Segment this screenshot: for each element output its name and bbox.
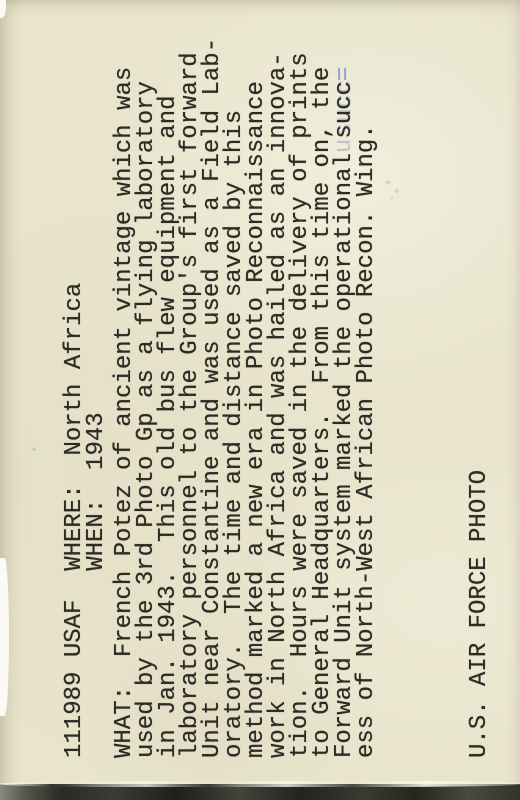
overtyped-text: = <box>331 67 358 81</box>
scanned-caption-card: 111989 USAF WHERE: North Africa WHEN: 19… <box>0 0 520 800</box>
scan-edge-gap-left <box>0 558 9 716</box>
caption-text-block: 111989 USAF WHERE: North Africa WHEN: 19… <box>64 0 378 758</box>
line-text: WHEN: 1943 <box>83 412 110 758</box>
typewritten-content: 111989 USAF WHERE: North Africa WHEN: 19… <box>0 0 520 800</box>
typewritten-line: WHEN: 1943 <box>86 0 108 758</box>
typewritten-line: ess of North-West African Photo Recon. W… <box>356 0 378 758</box>
line-text: ess of North-West African Photo Recon. W… <box>353 124 380 758</box>
scanner-background-band <box>0 784 520 800</box>
ink-speck <box>30 446 38 453</box>
photo-credit-line: U.S. AIR FORCE PHOTO <box>469 0 491 758</box>
paper-smudge <box>381 174 405 202</box>
